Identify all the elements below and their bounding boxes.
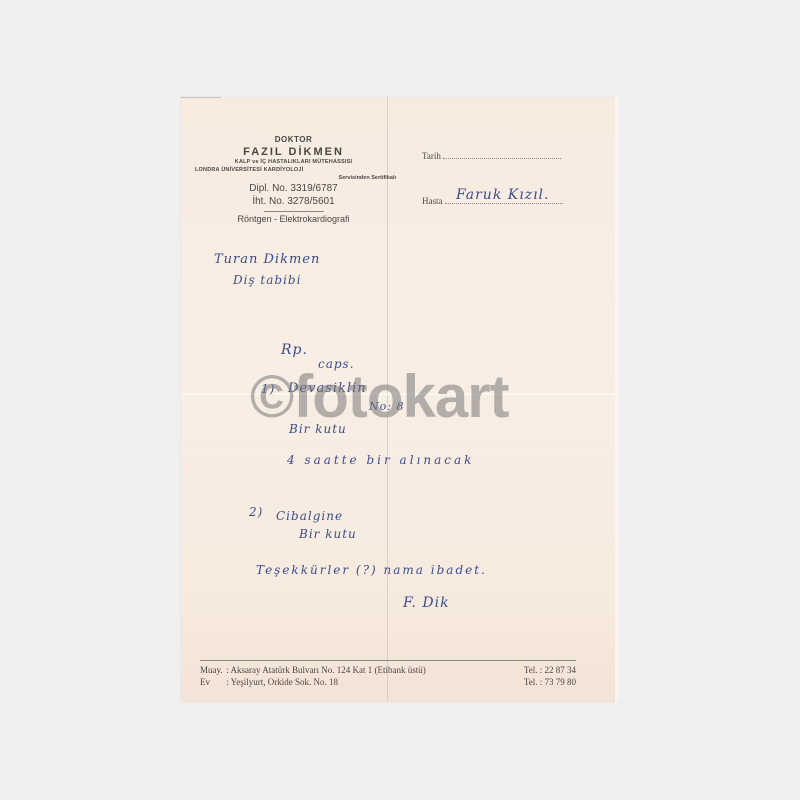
referrer-title: Diş tabibi [233,273,301,287]
office-address: : Aksaray Atatürk Bulvarı No. 124 Kat 1 … [226,665,425,675]
office-address-row: Muay. : Aksaray Atatürk Bulvarı No. 124 … [200,664,576,676]
home-label: Ev [200,676,224,688]
diploma-number: Dipl. No. 3319/6787 [191,182,396,195]
patient-dotted-line [445,203,563,204]
office-label: Muay. [200,664,224,676]
item-2-number: 2) [249,505,263,519]
paper-right-edge [615,97,619,702]
patient-name-handwritten: Faruk Kızıl. [456,187,549,203]
home-address-row: Ev : Yeşilyurt, Orkide Sok. No. 18 Tel. … [200,676,576,688]
closing-note: Teşekkürler (?) nama ibadet. [256,563,487,577]
certificate-line: Servisinden Sertifikalı [191,174,396,182]
letterhead: DOKTOR FAZIL DİKMEN KALP ve İÇ HASTALIKL… [191,135,396,224]
patient-label: Hasta [422,196,443,206]
date-label: Tarih [422,151,441,161]
signature: F. Dik [403,595,450,611]
ihtisas-number: İht. No. 3278/5601 [191,195,396,208]
letterhead-footer: Muay. : Aksaray Atatürk Bulvarı No. 124 … [200,660,576,688]
specialty-line-1: KALP ve İÇ HASTALIKLARI MÜTEHASSISI [191,158,396,166]
date-field: Tarih [422,151,561,161]
rp-mark: Rp. [281,342,308,358]
item-2-drug: Cibalgine [276,509,343,523]
letterhead-title: DOKTOR [191,135,396,144]
header-divider [264,211,324,212]
referrer-name: Turan Dikmen [214,252,320,267]
home-phone: Tel. : 73 79 80 [524,676,576,688]
services-line: Röntgen - Elektrokardiografi [191,214,396,224]
office-phone: Tel. : 22 87 34 [524,664,576,676]
watermark: ©fotokart [250,362,509,431]
date-value [443,158,561,159]
doctor-name: FAZIL DİKMEN [191,146,396,158]
specialty-line-2: LONDRA ÜNİVERSİTESİ KARDİYOLOJİ [191,166,396,174]
item-1-dosage: 4 saatte bir alınacak [287,453,474,467]
paper-top-edge [181,97,221,101]
home-address: : Yeşilyurt, Orkide Sok. No. 18 [226,677,338,687]
item-2-quantity: Bir kutu [299,527,357,541]
